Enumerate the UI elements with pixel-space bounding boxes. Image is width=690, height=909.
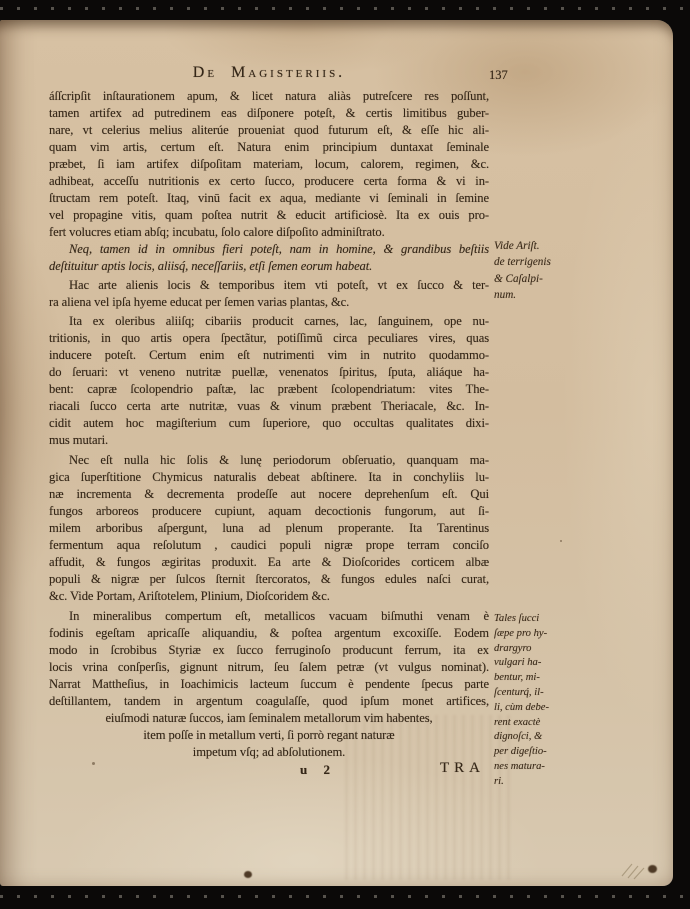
text-line: ra aliena vel ipſa hyeme educat per ſeme… xyxy=(49,294,489,311)
text-line: Hac arte alienis locis & temporibus item… xyxy=(49,277,489,294)
text-line: Narrat Mattheſius, in Ioachimicis lacteu… xyxy=(49,676,489,693)
margin-note-line: Vide Ariſt. xyxy=(494,238,590,254)
text-line: In mineralibus compertum eſt, metallicos… xyxy=(49,608,489,625)
text-line: cidit autem hoc magiſterium cum ſuperior… xyxy=(49,415,489,432)
margin-note-line: rent exactè xyxy=(494,716,590,731)
margin-note-tales-succi: Tales ſucciſæpe pro hy-drargyrovulgari h… xyxy=(494,612,590,790)
paragraph: áſſcripſit inſtaurationem apum, & licet … xyxy=(49,88,489,241)
text-line: modo in ſcrobibus Styriæ ex ſucco ferrug… xyxy=(49,642,489,659)
text-line: adhibeat, acceſſu nutritionis ex certo ſ… xyxy=(49,173,489,190)
text-line: impetum vſq; ad abſolutionem. xyxy=(49,744,489,761)
text-line: præbet, ſi iam artifex diſpoſitam materi… xyxy=(49,156,489,173)
margin-note-line: ſæpe pro hy- xyxy=(494,627,590,642)
text-line: populi & nigræ per ſulcos ſternit ſterco… xyxy=(49,571,489,588)
text-line: affudit, & fungos ægiritas produxit. Ea … xyxy=(49,554,489,571)
text-line: fungos arboreos producere cupiunt, aquam… xyxy=(49,503,489,520)
text-line: quam vim artis, certum eſt. Natura enim … xyxy=(49,139,489,156)
text-line: Ita ex oleribus aliiſq; cibariis produci… xyxy=(49,313,489,330)
margin-note-line: de terrigenis xyxy=(494,254,590,270)
text-line: mus mutari. xyxy=(49,432,489,449)
margin-note-line: dignoſci, & xyxy=(494,730,590,745)
margin-note-line: vulgari ha- xyxy=(494,656,590,671)
text-line: milem arboribus aſpergunt, luna ad plenu… xyxy=(49,520,489,537)
text-line: áſſcripſit inſtaurationem apum, & licet … xyxy=(49,88,489,105)
text-line: fodinis egeſtam apricaſſe aliquandiu, & … xyxy=(49,625,489,642)
margin-note-line: Tales ſucci xyxy=(494,612,590,627)
catchword: TRA xyxy=(440,760,485,777)
text-line: næ incrementa & decrementa prodeſſe aut … xyxy=(49,486,489,503)
margin-note-line: li, cùm debe- xyxy=(494,701,590,716)
paragraph: Neq, tamen id in omnibus fieri poteſt, n… xyxy=(49,241,489,275)
text-line: fert volucres etiam abſq; incubatu, ſolo… xyxy=(49,224,489,241)
page-number: 137 xyxy=(489,68,508,83)
paragraph: In mineralibus compertum eſt, metallicos… xyxy=(49,608,489,761)
margin-note-line: num. xyxy=(494,287,590,303)
margin-scribble xyxy=(620,860,654,880)
text-line: deſtituitur aptis locis, aliisq́, neceſſ… xyxy=(49,258,489,275)
ink-speck xyxy=(560,540,562,542)
text-line: ſtructam rem poteſt. Itaq, vinū facit ex… xyxy=(49,190,489,207)
film-perforation-dots-top xyxy=(0,7,690,10)
text-line: riacali ſucco certa arte nutritæ, vuas &… xyxy=(49,398,489,415)
text-line: nare, vt celerius melius aliterúe prouen… xyxy=(49,122,489,139)
text-line: deſtillantem, tandem in argentum coagula… xyxy=(49,693,489,710)
text-line: Neq, tamen id in omnibus fieri poteſt, n… xyxy=(49,241,489,258)
book-page: De Magisteriis. 137 áſſcripſit inſtaurat… xyxy=(0,20,673,886)
wormhole-spot xyxy=(244,871,252,878)
margin-note-line: drargyro xyxy=(494,642,590,657)
text-line: bent: capræ ſcolopendrio paſtæ, lac præb… xyxy=(49,381,489,398)
text-line: inducere poteſt. Certum enim eſt nutrime… xyxy=(49,347,489,364)
margin-note-line: per digeſtio- xyxy=(494,745,590,760)
text-line: fermentum aqua reſolutum , caudici popul… xyxy=(49,537,489,554)
text-line: locis vrina conſperſis, gignunt nitrum, … xyxy=(49,659,489,676)
text-line: tritionis, in quo artis opera ſpectãtur,… xyxy=(49,330,489,347)
margin-note-line: nes matura- xyxy=(494,760,590,775)
text-line: eiuſmodi naturæ ſuccos, iam ſeminalem me… xyxy=(49,710,489,727)
paragraph: Ita ex oleribus aliiſq; cibariis produci… xyxy=(49,313,489,449)
margin-note-line: bentur, mi- xyxy=(494,671,590,686)
text-line: tamen artifex ad putredinem eas diſponer… xyxy=(49,105,489,122)
text-line: do ſeruari: vt veneno nutritæ puellæ, ve… xyxy=(49,364,489,381)
text-line: gica ſuperſtitione Chymicus naturalis de… xyxy=(49,469,489,486)
text-line: Nec eſt nulla hic ſolis & lunę periodoru… xyxy=(49,452,489,469)
margin-note-terrigenis: Vide Ariſt.de terrigenis& Caſalpi-num. xyxy=(494,238,590,303)
wormhole-spot xyxy=(648,865,657,873)
running-title: De Magisteriis. xyxy=(49,64,489,82)
text-line: item poſſe in metallum verti, ſi porrò r… xyxy=(49,727,489,744)
margin-note-line: & Caſalpi- xyxy=(494,271,590,287)
signature-mark: u 2 xyxy=(300,762,330,778)
text-line: vel propagine vitis, quam poſtea nutrit … xyxy=(49,207,489,224)
paragraph: Hac arte alienis locis & temporibus item… xyxy=(49,277,489,311)
film-perforation-dots-bottom xyxy=(0,895,690,898)
body-text: áſſcripſit inſtaurationem apum, & licet … xyxy=(49,88,489,761)
margin-note-line: ri. xyxy=(494,775,590,790)
text-line: &c. Vide Portam, Ariſtotelem, Plinium, D… xyxy=(49,588,489,605)
ink-speck xyxy=(92,762,95,765)
scanned-book-photo: De Magisteriis. 137 áſſcripſit inſtaurat… xyxy=(0,0,690,909)
margin-note-line: ſcenturq́, il- xyxy=(494,686,590,701)
paragraph: Nec eſt nulla hic ſolis & lunę periodoru… xyxy=(49,452,489,605)
